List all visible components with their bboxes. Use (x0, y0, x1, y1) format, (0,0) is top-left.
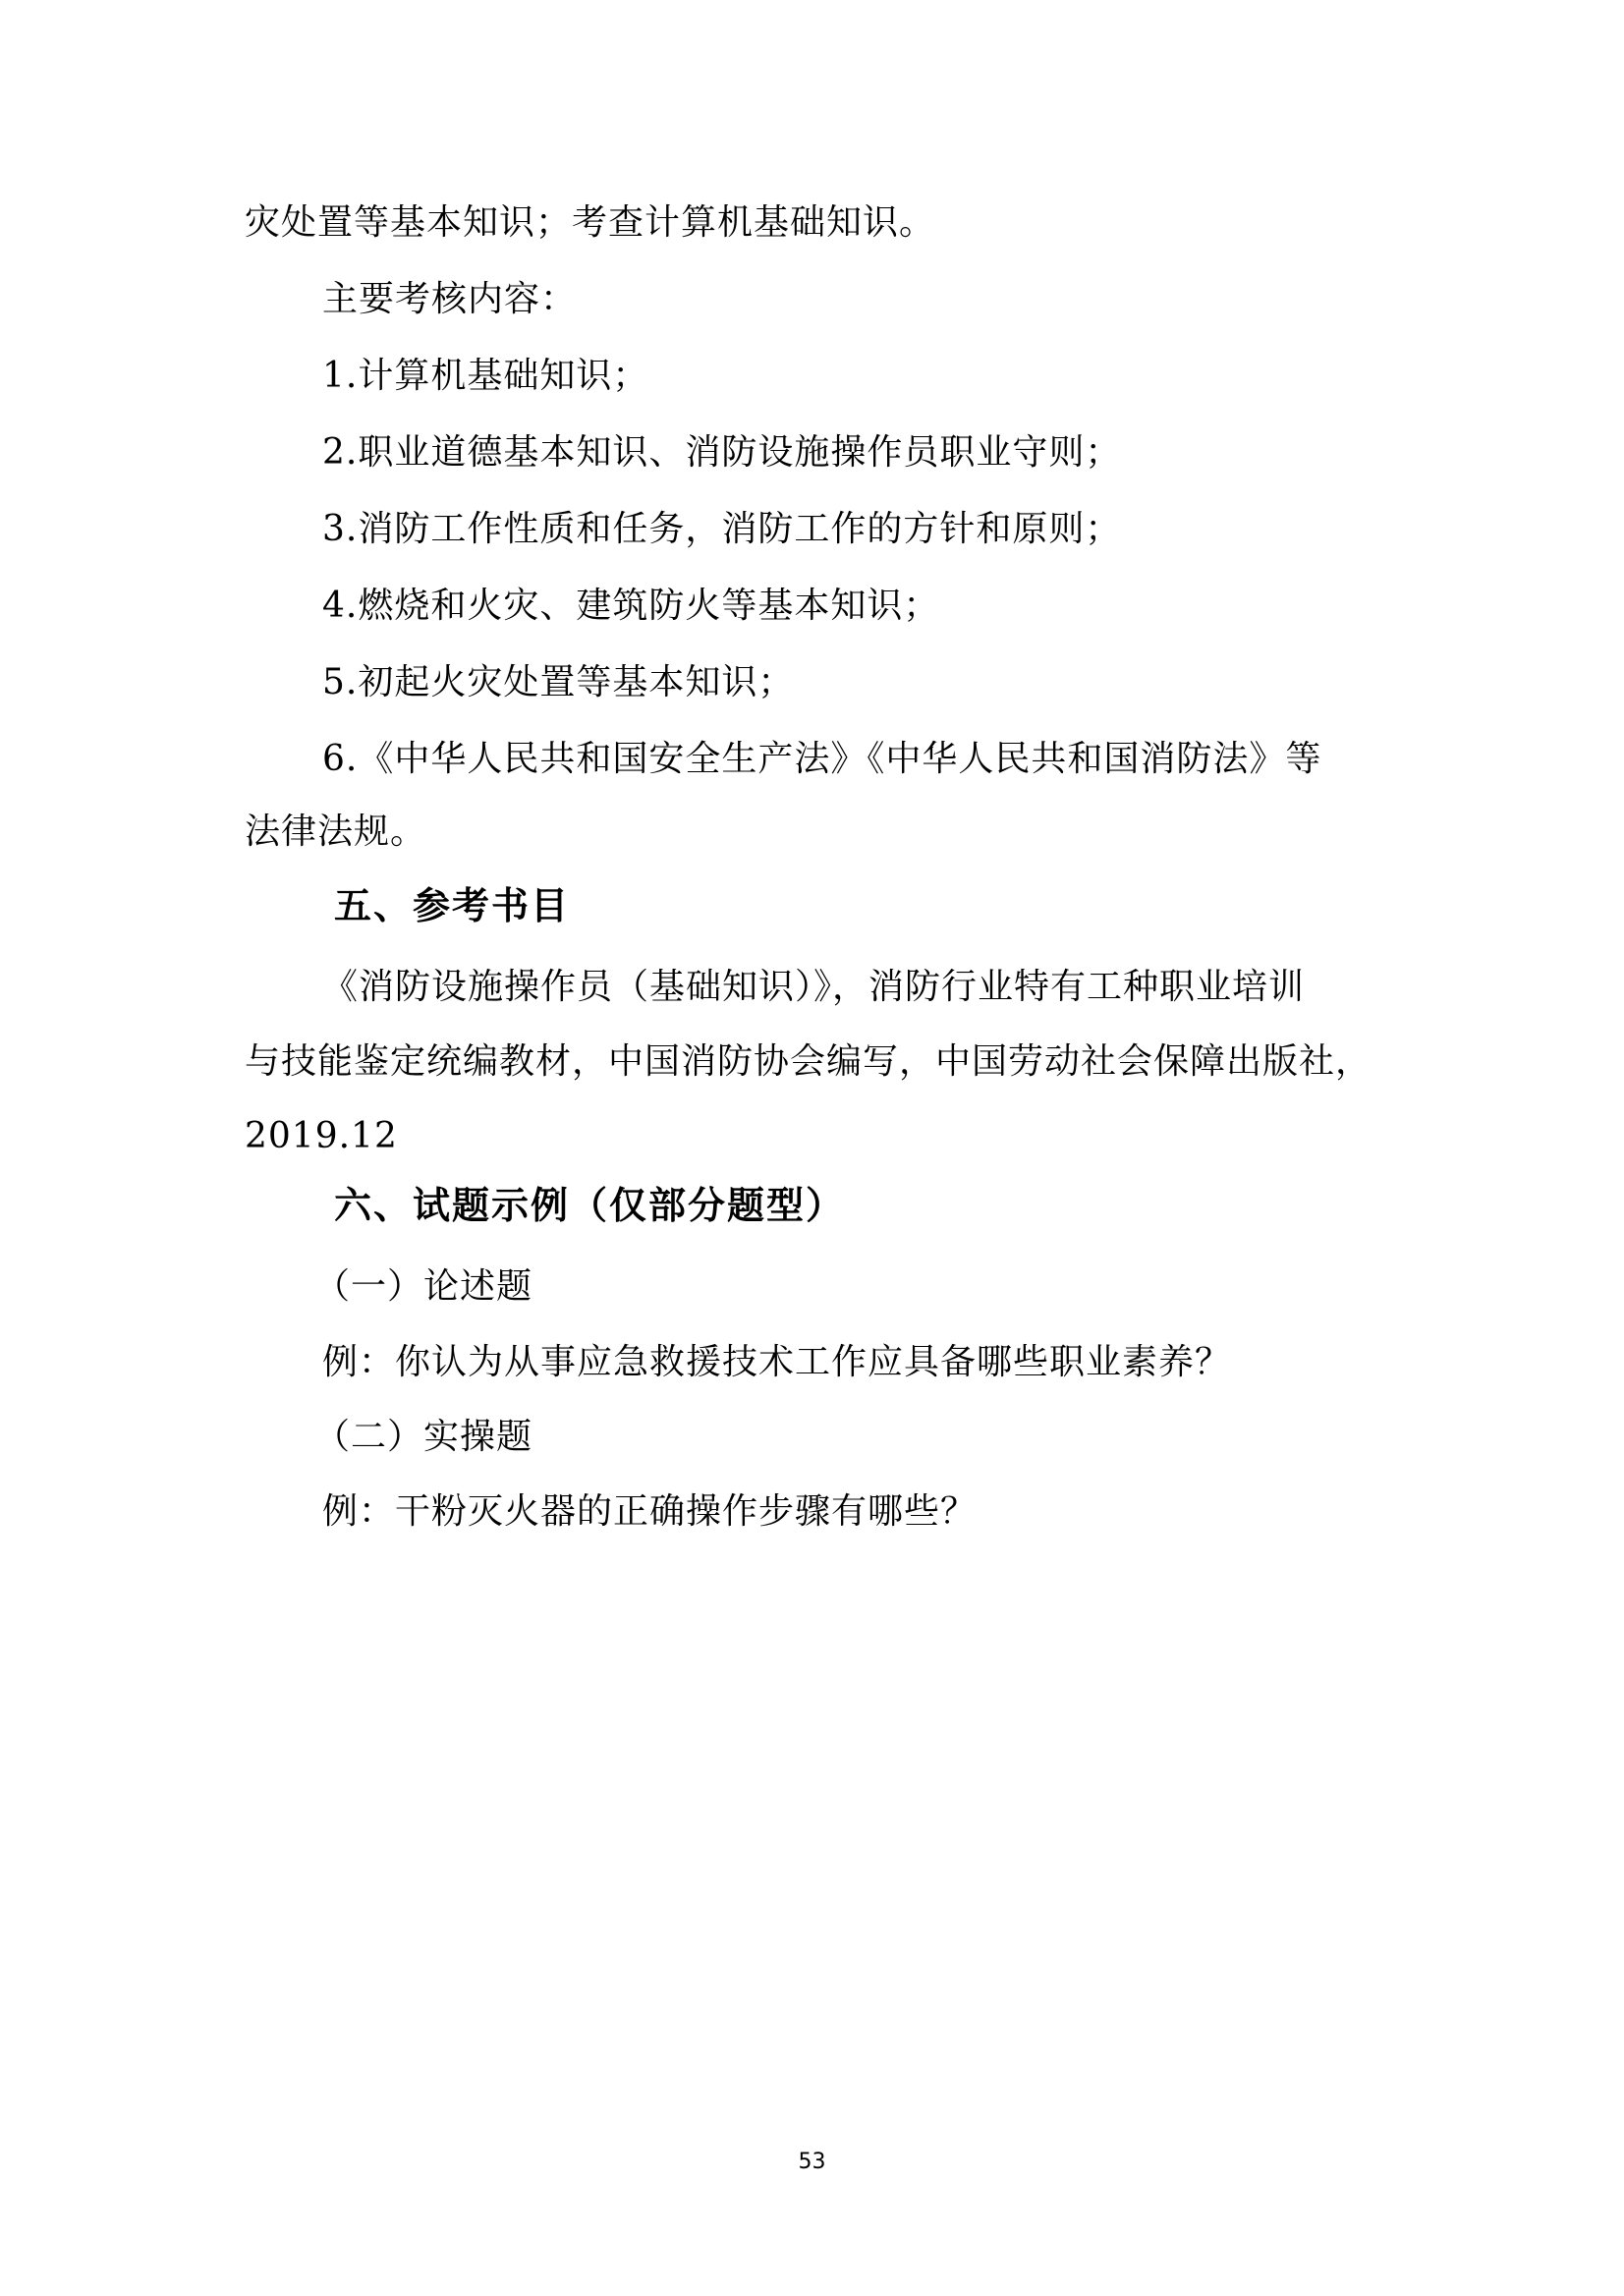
list-item-6-continuation: 法律法规。 (245, 812, 426, 852)
paragraph-continuation: 灾处置等基本知识；考查计算机基础知识。 (245, 203, 935, 243)
list-item-6: 6.《中华人民共和国安全生产法》《中华人民共和国消防法》等 (322, 740, 1388, 779)
subsection-practical-title: （二）实操题 (314, 1418, 532, 1457)
list-item-3: 3.消防工作性质和任务，消防工作的方针和原则； (322, 510, 1121, 549)
practical-example: 例：干粉灭火器的正确操作步骤有哪些？ (322, 1492, 977, 1532)
list-item-5: 5.初起火灾处置等基本知识； (322, 663, 794, 702)
list-item-4: 4.燃烧和火灾、建筑防火等基本知识； (322, 587, 939, 626)
section-heading-references: 五、参考书目 (334, 884, 570, 927)
reference-line-3: 2019.12 (245, 1117, 398, 1156)
essay-example: 例：你认为从事应急救援技术工作应具备哪些职业素养？ (322, 1343, 1231, 1382)
subsection-essay-title: （一）论述题 (314, 1267, 532, 1307)
list-item-2: 2.职业道德基本知识、消防设施操作员职业守则； (322, 433, 1121, 473)
page-number: 53 (0, 2150, 1624, 2175)
section-heading-examples: 六、试题示例（仅部分题型） (334, 1184, 845, 1227)
reference-line-2: 与技能鉴定统编教材，中国消防协会编写，中国劳动社会保障出版社， (245, 1042, 1372, 1082)
reference-line-1: 《消防设施操作员（基础知识）》，消防行业特有工种职业培训 (322, 968, 1305, 1007)
document-page: 灾处置等基本知识；考查计算机基础知识。 主要考核内容： 1.计算机基础知识； 2… (0, 0, 1624, 2296)
main-content-label: 主要考核内容： (322, 280, 577, 319)
list-item-1: 1.计算机基础知识； (322, 357, 648, 396)
